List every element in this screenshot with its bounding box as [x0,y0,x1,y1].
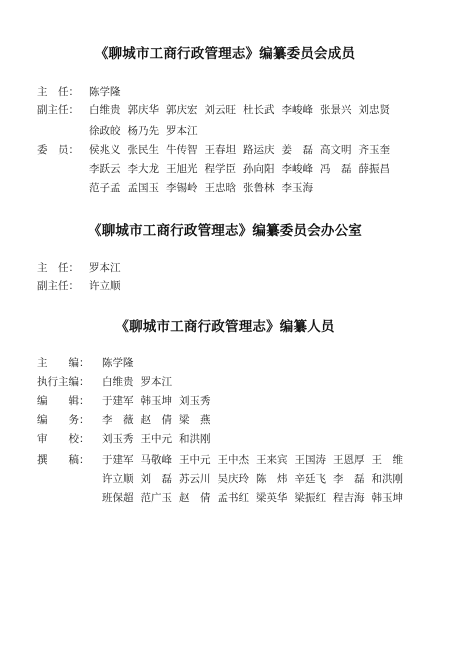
section-title-committee-members: 《聊城市工商行政管理志》编纂委员会成员 [0,42,450,62]
person-name: 李玉海 [282,180,321,196]
person-name: 张鲁林 [243,180,282,196]
person-name: 和洪刚 [372,471,411,487]
person-name: 李峻峰 [282,161,321,177]
name-list: 于建军 马敬峰 王中元 王中杰 王来宾 王国涛 王恩厚 王 维 [102,452,410,468]
person-name: 杜长武 [243,102,282,118]
person-name: 李跃云 [89,161,128,177]
person-name: 王春坦 [205,142,244,158]
person-name: 刘 磊 [141,471,180,487]
name-list: 许立顺 [89,278,128,294]
person-name: 李 磊 [333,471,372,487]
person-name: 于建军 [102,393,141,409]
role-label: 主 任： [37,84,79,100]
person-name: 郭庆宏 [166,102,205,118]
section-title-editorial-staff: 《聊城市工商行政管理志》编纂人员 [0,315,450,335]
role-label: 编 务： [37,412,90,428]
name-list: 范子孟 孟国玉 李锡岭 王忠晗 张鲁林 李玉海 [89,180,320,196]
name-list: 于建军 韩玉坤 刘玉秀 [102,393,218,409]
person-name: 张景兴 [320,102,359,118]
person-name: 王中元 [141,431,180,447]
name-list: 侯兆义 张民生 牛传智 王春坦 路运庆 姜 磊 高文明 齐玉奎 [89,142,397,158]
person-name: 范子孟 [89,180,128,196]
role-label: 委 员： [37,142,79,158]
person-name: 于建军 [102,452,141,468]
person-name: 王国涛 [295,452,334,468]
person-name: 杨乃先 [128,123,167,139]
person-name: 李 薇 [102,412,141,428]
name-list: 白维贵 罗本江 [102,374,179,390]
person-name: 韩玉坤 [372,490,411,506]
person-name: 刘忠贤 [359,102,398,118]
name-list: 班保超 范广玉 赵 倩 孟书红 梁英华 梁振红 程吉海 韩玉坤 [102,490,410,506]
person-name: 刘玉秀 [102,431,141,447]
person-name: 王来宾 [256,452,295,468]
person-name: 孟国玉 [128,180,167,196]
person-name: 范广玉 [141,490,180,506]
person-name: 刘云旺 [205,102,244,118]
person-name: 牛传智 [166,142,205,158]
person-name: 冯 磊 [320,161,359,177]
person-name: 赵 倩 [141,412,180,428]
person-name: 梁英华 [256,490,295,506]
person-name: 罗本江 [89,260,128,276]
person-name: 班保超 [102,490,141,506]
name-list: 罗本江 [89,260,128,276]
person-name: 苏云川 [179,471,218,487]
name-list: 陈学隆 [102,355,141,371]
person-name: 路运庆 [243,142,282,158]
person-name: 韩玉坤 [141,393,180,409]
person-name: 郭庆华 [128,102,167,118]
person-name: 王忠晗 [205,180,244,196]
person-name: 陈学隆 [102,355,141,371]
person-name: 王中元 [179,452,218,468]
person-name: 王恩厚 [333,452,372,468]
person-name: 白维贵 [89,102,128,118]
person-name: 罗本江 [166,123,205,139]
name-list: 李 薇 赵 倩 梁 燕 [102,412,218,428]
person-name: 许立顺 [102,471,141,487]
role-label: 撰 稿： [37,452,90,468]
person-name: 白维贵 [102,374,141,390]
name-list: 白维贵 郭庆华 郭庆宏 刘云旺 杜长武 李峻峰 张景兴 刘忠贤 [89,102,397,118]
person-name: 齐玉奎 [359,142,398,158]
role-label: 编 辑： [37,393,90,409]
person-name: 陈 炜 [256,471,295,487]
person-name: 许立顺 [89,278,128,294]
person-name: 姜 磊 [282,142,321,158]
name-list: 陈学隆 [89,84,128,100]
name-list: 刘玉秀 王中元 和洪刚 [102,431,218,447]
person-name: 李锡岭 [166,180,205,196]
role-label: 副主任： [37,102,79,118]
person-name: 梁 燕 [179,412,218,428]
name-list: 徐政皎 杨乃先 罗本江 [89,123,205,139]
person-name: 薛振昌 [359,161,398,177]
person-name: 程学臣 [205,161,244,177]
person-name: 孟书红 [218,490,257,506]
person-name: 赵 倩 [179,490,218,506]
person-name: 王 维 [372,452,411,468]
name-list: 李跃云 李大龙 王旭光 程学臣 孙向阳 李峻峰 冯 磊 薛振昌 [89,161,397,177]
person-name: 高文明 [320,142,359,158]
person-name: 马敬峰 [141,452,180,468]
person-name: 侯兆义 [89,142,128,158]
name-list: 许立顺 刘 磊 苏云川 吴庆玲 陈 炜 辛廷飞 李 磊 和洪刚 [102,471,410,487]
person-name: 张民生 [128,142,167,158]
person-name: 罗本江 [141,374,180,390]
role-label: 审 校： [37,431,90,447]
person-name: 程吉海 [333,490,372,506]
person-name: 吴庆玲 [218,471,257,487]
role-label: 主 任： [37,260,79,276]
person-name: 孙向阳 [243,161,282,177]
person-name: 李大龙 [128,161,167,177]
person-name: 梁振红 [295,490,334,506]
role-label: 主 编： [37,355,90,371]
person-name: 王中杰 [218,452,257,468]
role-label: 副主任： [37,278,79,294]
person-name: 李峻峰 [282,102,321,118]
role-label: 执行主编： [37,374,90,390]
person-name: 陈学隆 [89,84,128,100]
section-title-committee-office: 《聊城市工商行政管理志》编纂委员会办公室 [0,219,450,239]
person-name: 辛廷飞 [295,471,334,487]
person-name: 刘玉秀 [179,393,218,409]
person-name: 王旭光 [166,161,205,177]
person-name: 和洪刚 [179,431,218,447]
person-name: 徐政皎 [89,123,128,139]
